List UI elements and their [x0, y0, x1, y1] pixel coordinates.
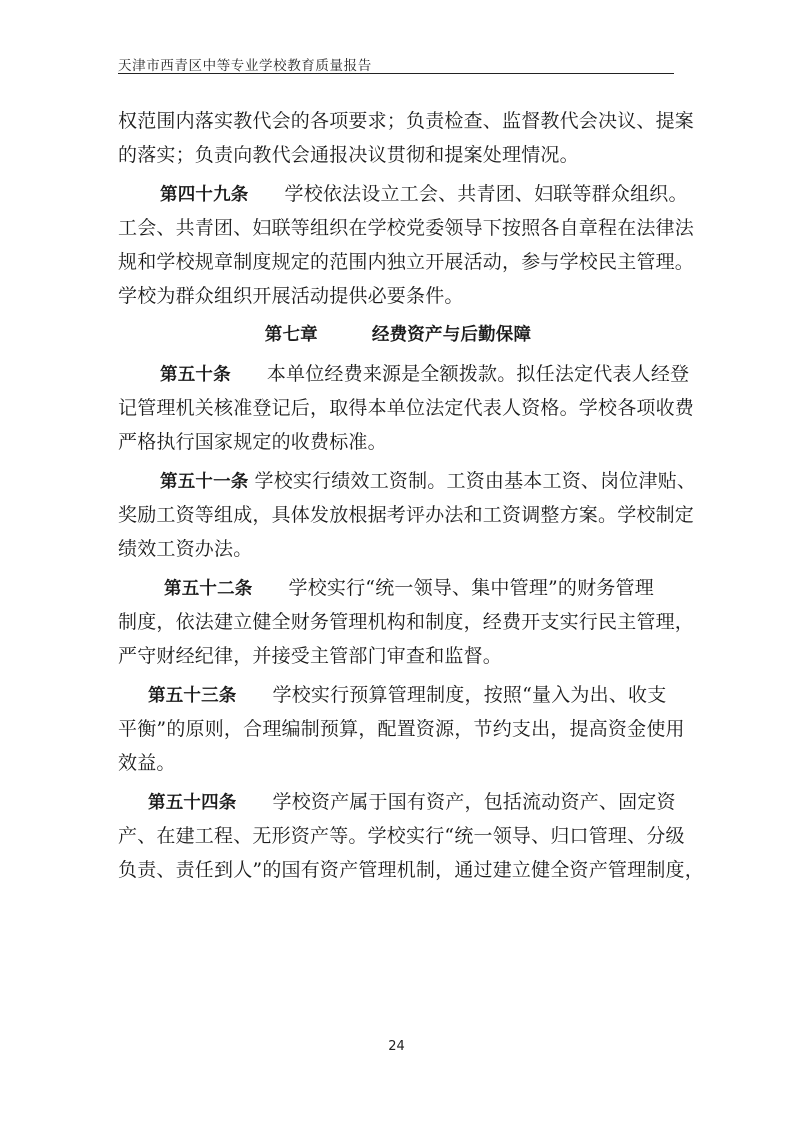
- text-line: 奖励工资等组成，具体发放根据考评办法和工资调整方案。学校制定: [118, 498, 678, 532]
- article-number: 第五十一条: [160, 472, 249, 492]
- article-51: 第五十一条学校实行绩效工资制。工资由基本工资、岗位津贴、 奖励工资等组成，具体发…: [118, 464, 678, 566]
- text-line: 第五十一条学校实行绩效工资制。工资由基本工资、岗位津贴、: [118, 464, 678, 498]
- article-number: 第五十二条: [164, 579, 253, 599]
- text-line: 第四十九条学校依法设立工会、共青团、妇联等群众组织。: [118, 177, 678, 211]
- article-text: 本单位经费来源是全额拨款。拟任法定代表人经登: [267, 363, 689, 385]
- document-body: 权范围内落实教代会的各项要求；负责检查、监督教代会决议、提案 的落实；负责向教代…: [118, 104, 678, 887]
- chapter-title: 经费资产与后勤保障: [372, 325, 531, 345]
- text-line: 产、在建工程、无形资产等。学校实行“统一领导、归口管理、分级: [118, 819, 678, 853]
- text-line: 的落实；负责向教代会通报决议贯彻和提案处理情况。: [118, 138, 678, 172]
- article-number: 第五十四条: [148, 793, 237, 813]
- text-line: 绩效工资办法。: [118, 532, 678, 566]
- article-text: 学校实行预算管理制度，按照“量入为出、收支: [273, 684, 667, 706]
- article-text: 学校实行绩效工资制。工资由基本工资、岗位津贴、: [255, 470, 697, 492]
- article-text: 学校实行“统一领导、集中管理”的财务管理: [289, 577, 654, 599]
- text-line: 学校为群众组织开展活动提供必要条件。: [118, 279, 678, 313]
- text-line: 记管理机关核准登记后，取得本单位法定代表人资格。学校各项收费: [118, 391, 678, 425]
- text-line: 制度，依法建立健全财务管理机构和制度，经费开支实行民主管理，: [118, 605, 678, 639]
- article-54: 第五十四条学校资产属于国有资产，包括流动资产、固定资 产、在建工程、无形资产等。…: [118, 785, 678, 887]
- text-line: 第五十四条学校资产属于国有资产，包括流动资产、固定资: [118, 785, 678, 819]
- text-line: 第五十三条学校实行预算管理制度，按照“量入为出、收支: [118, 678, 678, 712]
- page-number: 24: [0, 1039, 793, 1054]
- article-49: 第四十九条学校依法设立工会、共青团、妇联等群众组织。 工会、共青团、妇联等组织在…: [118, 177, 678, 313]
- text-line: 第五十二条学校实行“统一领导、集中管理”的财务管理: [118, 571, 678, 605]
- article-text: 学校依法设立工会、共青团、妇联等群众组织。: [285, 183, 688, 205]
- chapter-number: 第七章: [265, 325, 318, 345]
- paragraph-continuation: 权范围内落实教代会的各项要求；负责检查、监督教代会决议、提案 的落实；负责向教代…: [118, 104, 678, 172]
- text-line: 工会、共青团、妇联等组织在学校党委领导下按照各自章程在法律法: [118, 211, 678, 245]
- document-header: 天津市西青区中等专业学校教育质量报告: [118, 54, 674, 74]
- text-line: 严守财经纪律，并接受主管部门审查和监督。: [118, 639, 678, 673]
- article-52: 第五十二条学校实行“统一领导、集中管理”的财务管理 制度，依法建立健全财务管理机…: [118, 571, 678, 673]
- chapter-heading: 第七章经费资产与后勤保障: [118, 318, 678, 352]
- text-line: 权范围内落实教代会的各项要求；负责检查、监督教代会决议、提案: [118, 104, 678, 138]
- text-line: 负责、责任到人”的国有资产管理机制，通过建立健全资产管理制度，: [118, 853, 678, 887]
- header-rule: [118, 73, 674, 74]
- text-line: 规和学校规章制度规定的范围内独立开展活动，参与学校民主管理。: [118, 245, 678, 279]
- article-text: 学校资产属于国有资产，包括流动资产、固定资: [273, 791, 676, 813]
- text-line: 严格执行国家规定的收费标准。: [118, 425, 678, 459]
- article-number: 第四十九条: [160, 185, 249, 205]
- text-line: 第五十条本单位经费来源是全额拨款。拟任法定代表人经登: [118, 357, 678, 391]
- text-line: 效益。: [118, 746, 678, 780]
- article-53: 第五十三条学校实行预算管理制度，按照“量入为出、收支 平衡”的原则，合理编制预算…: [118, 678, 678, 780]
- article-50: 第五十条本单位经费来源是全额拨款。拟任法定代表人经登 记管理机关核准登记后，取得…: [118, 357, 678, 459]
- article-number: 第五十三条: [148, 686, 237, 706]
- text-line: 平衡”的原则，合理编制预算，配置资源，节约支出，提高资金使用: [118, 712, 678, 746]
- article-number: 第五十条: [160, 365, 231, 385]
